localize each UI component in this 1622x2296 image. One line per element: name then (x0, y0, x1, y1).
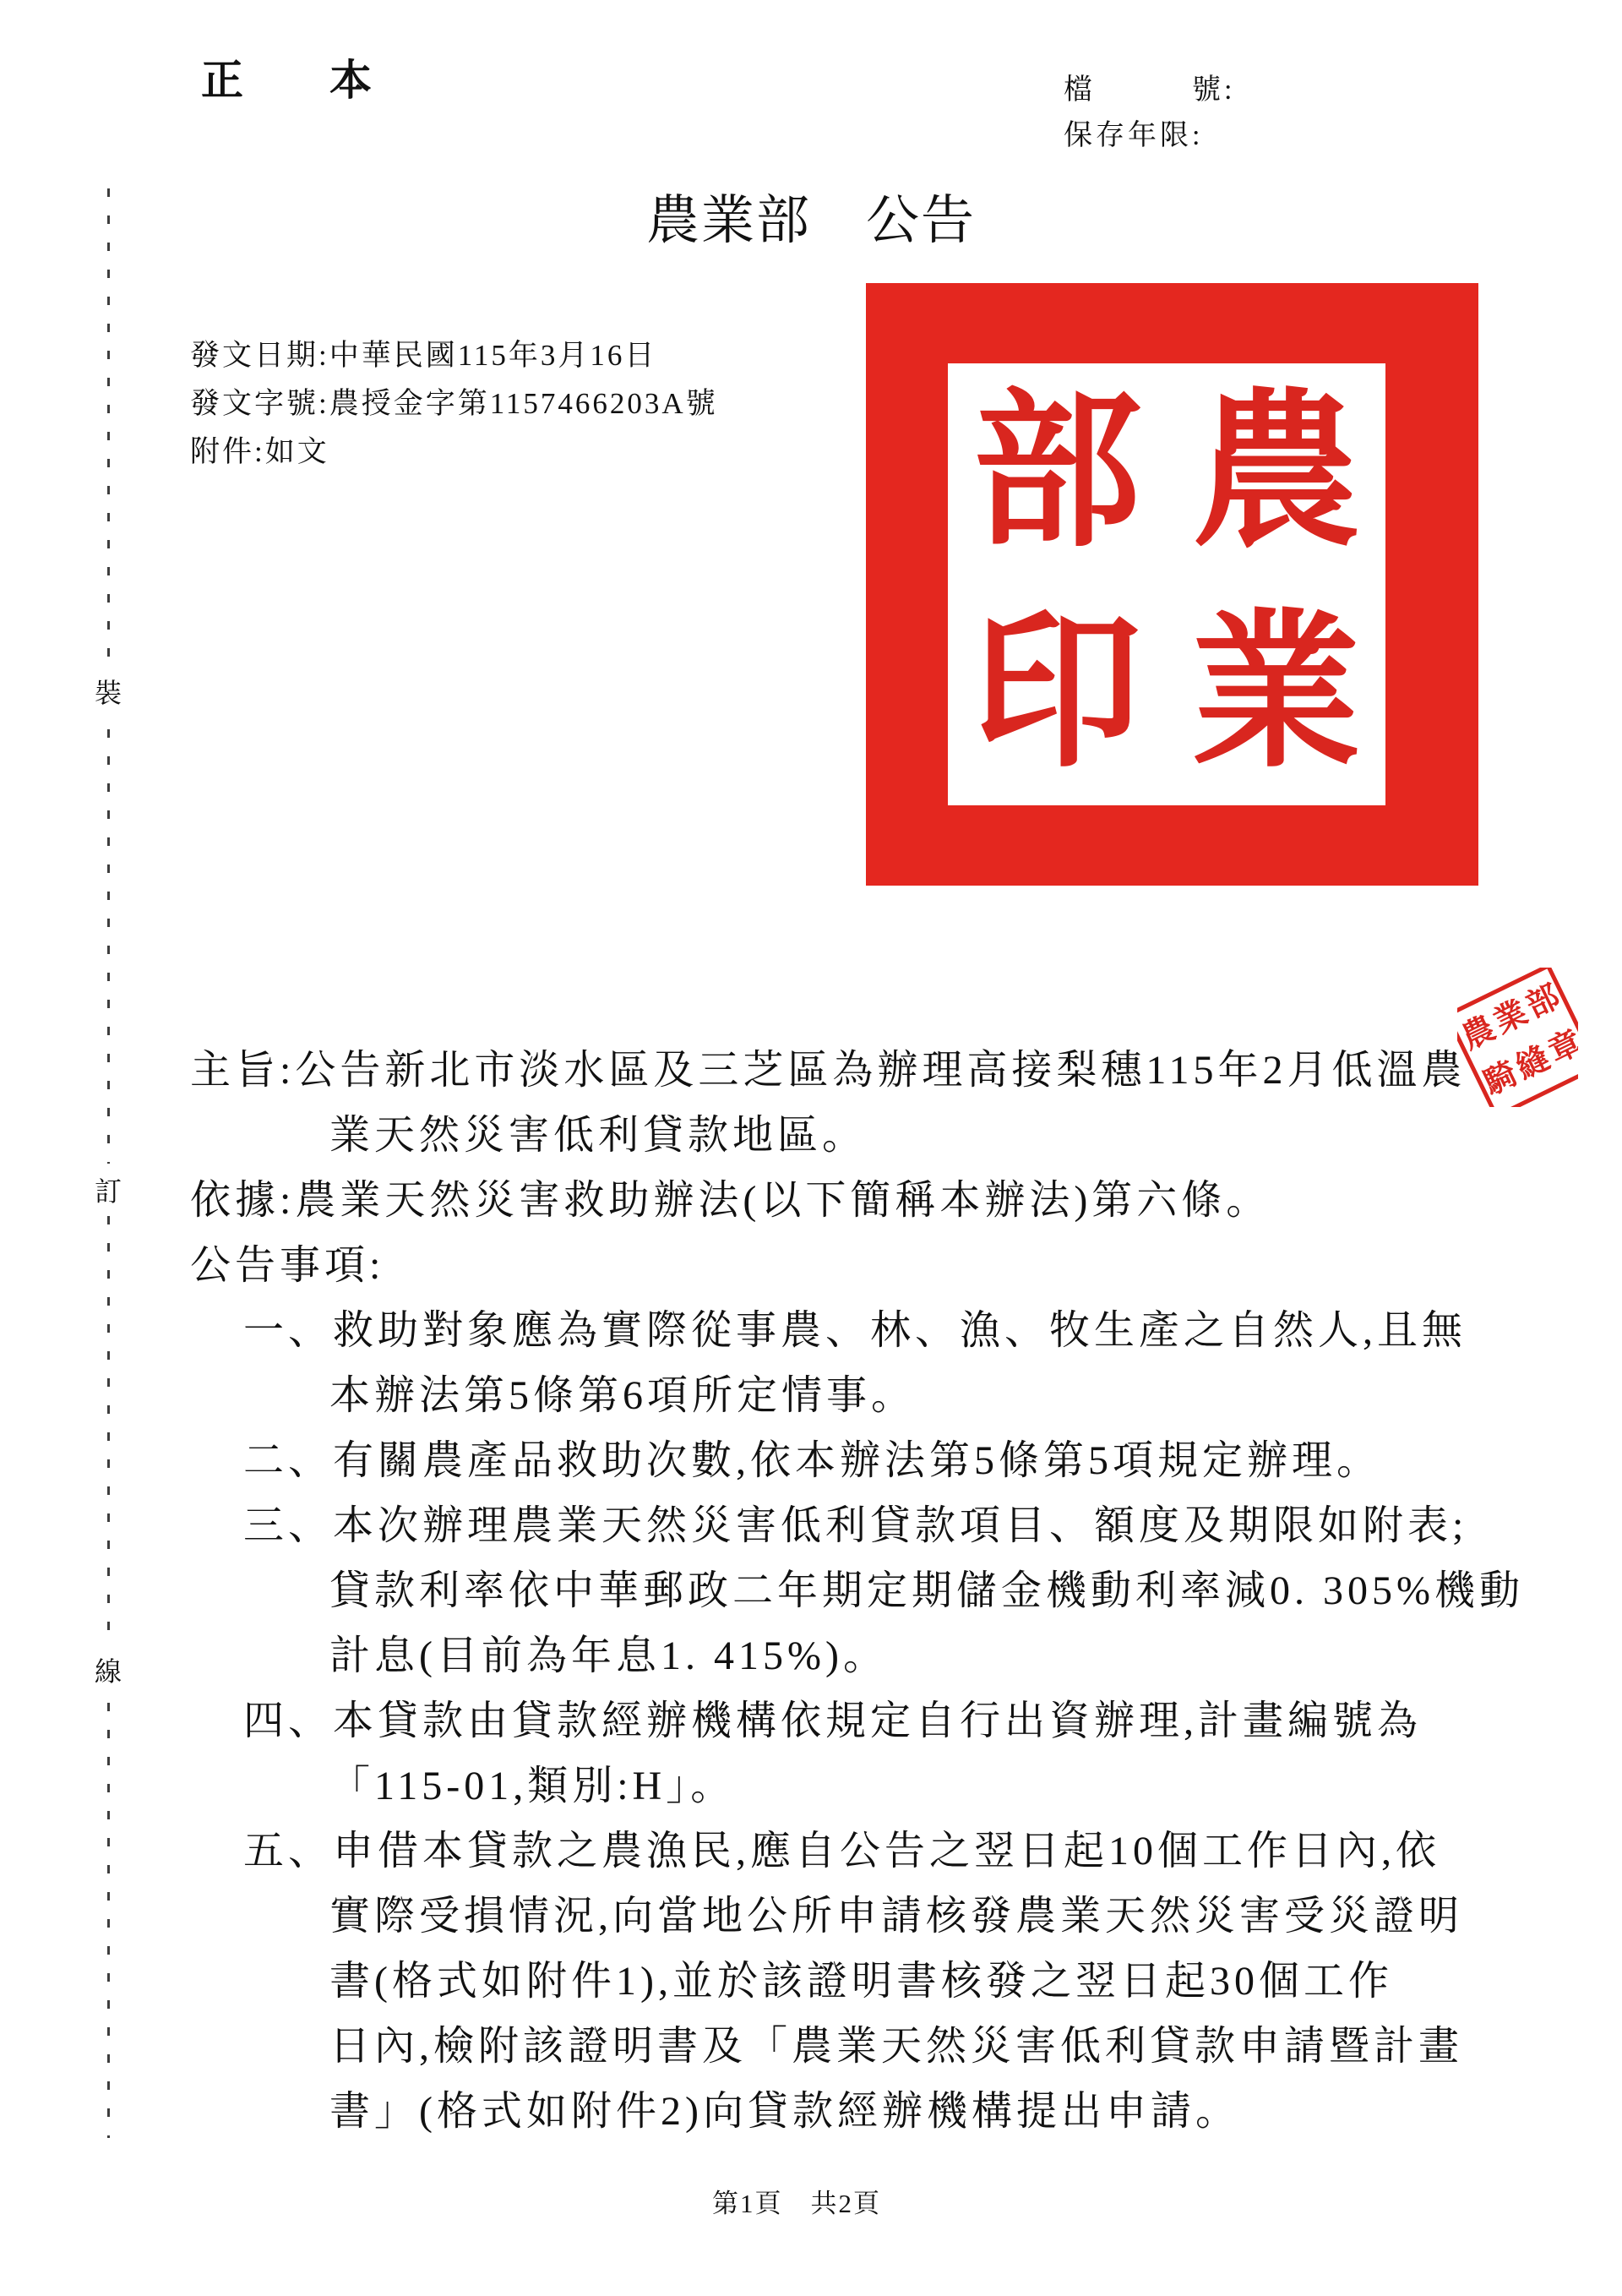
body-line-basis: 依據:農業天然災害救助辦法(以下簡稱本辦法)第六條。 (190, 1168, 1457, 1233)
body-line: 日內,檢附該證明書及「農業天然災害低利貸款申請暨計畫 (329, 2014, 1457, 2079)
archive-number-label: 檔 號: (1064, 66, 1235, 107)
body-line-item-3: 三、本次辦理農業天然災害低利貸款項目、額度及期限如附表; (243, 1493, 1457, 1558)
body-line-items-head: 公告事項: (190, 1233, 1457, 1298)
seal-character: 部 (948, 363, 1167, 585)
binding-mark-zhuang: 裝 (93, 665, 123, 717)
body-line-item-2: 二、有關農產品救助次數,依本辦法第5條第5項規定辦理。 (243, 1428, 1457, 1493)
binding-mark-ding: 訂 (93, 1164, 123, 1216)
body-line: 貸款利率依中華郵政二年期定期儲金機動利率減0. 305%機動 (329, 1558, 1457, 1623)
document-meta: 發文日期:中華民國115年3月16日 發文字號:農授金字第1157466203A… (190, 331, 718, 476)
body-line: 業天然災害低利貸款地區。 (329, 1103, 1457, 1168)
body-line-item-1: 一、救助對象應為實際從事農、林、漁、牧生產之自然人,且無 (243, 1298, 1457, 1363)
crossing-stamp: 農 騎 業 縫 部 章 (1457, 968, 1578, 1107)
body-line: 實際受損情況,向當地公所申請核發農業天然災害受災證明 (329, 1884, 1457, 1949)
body-line: 書(格式如附件1),並於該證明書核發之翌日起30個工作 (329, 1949, 1457, 2014)
crossing-stamp-border: 農 騎 業 縫 部 章 (1457, 968, 1578, 1107)
issue-number: 發文字號:農授金字第1157466203A號 (190, 379, 718, 428)
body-line-subject: 主旨:公告新北市淡水區及三芝區為辦理高接梨穗115年2月低溫農 (190, 1038, 1457, 1103)
document-page: 正 本 檔 號: 保存年限: 農業部 公告 發文日期:中華民國115年3月16日… (0, 0, 1622, 2296)
page-title: 農業部 公告 (0, 177, 1622, 254)
body-line: 計息(目前為年息1. 415%)。 (329, 1623, 1457, 1688)
body-line-item-4: 四、本貸款由貸款經辦機構依規定自行出資辦理,計畫編號為 (243, 1688, 1457, 1753)
binding-mark-xian: 線 (93, 1644, 123, 1696)
seal-character: 業 (1167, 585, 1385, 806)
ministry-seal-inner: 部 農 印 業 (948, 363, 1385, 805)
body-line: 書」(格式如附件2)向貸款經辦機構提出申請。 (329, 2079, 1457, 2144)
retention-period-label: 保存年限: (1064, 112, 1203, 153)
seal-character: 農 (1167, 363, 1385, 585)
attachment-note: 附件:如文 (190, 428, 718, 476)
page-number: 第1頁 共2頁 (712, 2182, 881, 2220)
ministry-seal: 部 農 印 業 (866, 283, 1478, 886)
body-line: 本辦法第5條第6項所定情事。 (329, 1363, 1457, 1428)
body-line: 「115-01,類別:H」。 (329, 1753, 1457, 1819)
copy-type-label: 正 本 (201, 46, 394, 107)
issue-date: 發文日期:中華民國115年3月16日 (190, 331, 718, 379)
body-line-item-5: 五、申借本貸款之農漁民,應自公告之翌日起10個工作日內,依 (243, 1819, 1457, 1884)
announcement-body: 主旨:公告新北市淡水區及三芝區為辦理高接梨穗115年2月低溫農 業天然災害低利貸… (190, 1038, 1457, 2144)
seal-character: 印 (948, 585, 1167, 806)
